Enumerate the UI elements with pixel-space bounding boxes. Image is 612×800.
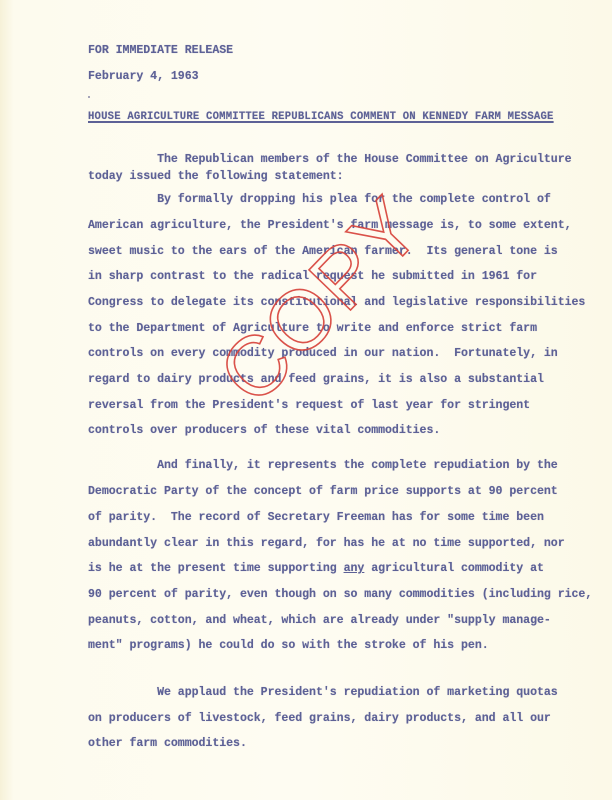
paragraph-line: regard to dairy products and feed grains… xyxy=(88,373,544,387)
paragraph-line: reversal from the President's request of… xyxy=(88,399,530,413)
line-text: agricultural commodity at xyxy=(364,562,544,575)
paragraph-line: is he at the present time supporting any… xyxy=(88,562,544,576)
paragraph-line: And finally, it represents the complete … xyxy=(88,459,558,473)
paragraph-line: peanuts, cotton, and wheat, which are al… xyxy=(88,614,551,628)
release-date: February 4, 1963 xyxy=(88,70,199,84)
paragraph-line: ment" programs) he could do so with the … xyxy=(88,639,489,653)
document-page: FOR IMMEDIATE RELEASE February 4, 1963 H… xyxy=(0,0,612,800)
line-text: is he at the present time supporting xyxy=(88,562,344,575)
paragraph-line: We applaud the President's repudiation o… xyxy=(88,686,558,700)
paragraph-line: The Republican members of the House Comm… xyxy=(88,153,572,167)
paragraph-line: By formally dropping his plea for the co… xyxy=(88,193,551,207)
paragraph-line: today issued the following statement: xyxy=(88,170,344,184)
paragraph-line: of parity. The record of Secretary Freem… xyxy=(88,511,544,525)
paragraph-line: abundantly clear in this regard, for has… xyxy=(88,537,565,551)
paragraph-line: Democratic Party of the concept of farm … xyxy=(88,485,558,499)
stray-mark xyxy=(88,96,90,98)
paragraph-line: on producers of livestock, feed grains, … xyxy=(88,712,551,726)
document-heading: HOUSE AGRICULTURE COMMITTEE REPUBLICANS … xyxy=(88,110,554,124)
paragraph-line: controls over producers of these vital c… xyxy=(88,424,440,438)
release-label: FOR IMMEDIATE RELEASE xyxy=(88,44,233,58)
paragraph-line: other farm commodities. xyxy=(88,737,247,751)
paragraph-line: 90 percent of parity, even though on so … xyxy=(88,588,592,602)
underlined-word: any xyxy=(344,562,365,575)
